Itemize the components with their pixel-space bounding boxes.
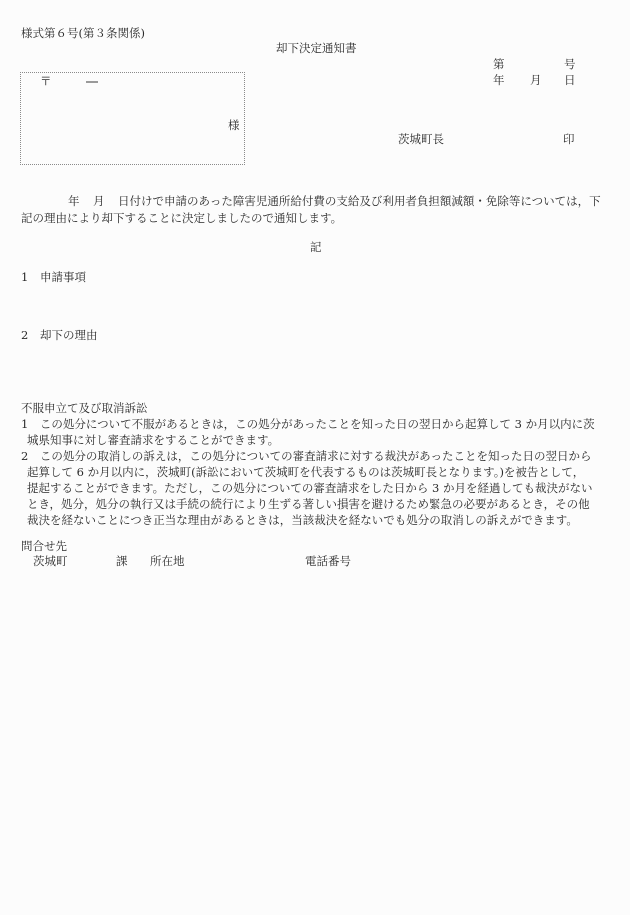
body-line-1: 日付けで申請のあった障害児通所給付費の支給及び利用者負担額減額・免除等については… <box>118 196 601 208</box>
postal-mark: 〒 <box>40 76 52 88</box>
appeal-line-3: 2 この処分の取消しの訴えは，この処分についての審査請求に対する裁決があったこと… <box>21 451 591 463</box>
appeal-heading: 不服申立て及び取消訴訟 <box>21 403 148 415</box>
issuer-name: 茨城町長 <box>398 134 444 146</box>
appeal-line-6: とき，処分，処分の執行又は手続の続行により生ずる著しい損害を避けるため緊急の必要… <box>27 499 590 511</box>
date-day-label: 日 <box>564 75 576 87</box>
body-month-label: 月 <box>93 196 105 208</box>
ki-heading: 記 <box>310 242 322 254</box>
appeal-line-4: 起算して 6 か月以内に，茨城町(訴訟において茨城町を代表するものは茨城町長とな… <box>27 467 584 479</box>
item-1-label: 申請事項 <box>40 272 86 284</box>
body-year-label: 年 <box>68 196 80 208</box>
document-title: 却下決定通知書 <box>276 43 357 55</box>
postal-code-dash <box>86 81 98 83</box>
appeal-line-5: 提起することができます。ただし，この処分についての審査請求をした日から 3 か月… <box>27 483 592 495</box>
form-number: 様式第６号(第３条関係) <box>21 28 145 40</box>
body-line-2: 記の理由により却下することに決定しましたので通知します。 <box>21 213 342 225</box>
contact-section: 課 <box>116 556 128 568</box>
issuer-seal: 印 <box>563 134 575 146</box>
recipient-address-box <box>20 72 245 165</box>
document-number-suffix: 号 <box>564 59 576 71</box>
appeal-line-2: 城県知事に対し審査請求をすることができます。 <box>27 435 279 447</box>
item-2-label: 却下の理由 <box>40 330 98 342</box>
contact-heading: 問合せ先 <box>21 541 67 553</box>
date-month-label: 月 <box>530 75 542 87</box>
contact-location-label: 所在地 <box>150 556 185 568</box>
item-2-number: 2 <box>21 330 28 342</box>
item-1-number: 1 <box>21 272 28 284</box>
date-year-label: 年 <box>493 75 505 87</box>
appeal-line-7: 裁決を経ないことにつき正当な理由があるときは，当該裁決を経ないでも処分の取消しの… <box>27 515 578 527</box>
contact-phone-label: 電話番号 <box>305 556 351 568</box>
contact-town: 茨城町 <box>33 556 68 568</box>
appeal-line-1: 1 この処分について不服があるときは，この処分があったことを知った日の翌日から起… <box>21 419 595 431</box>
recipient-honorific: 様 <box>228 120 240 132</box>
document-number-prefix: 第 <box>493 59 505 71</box>
